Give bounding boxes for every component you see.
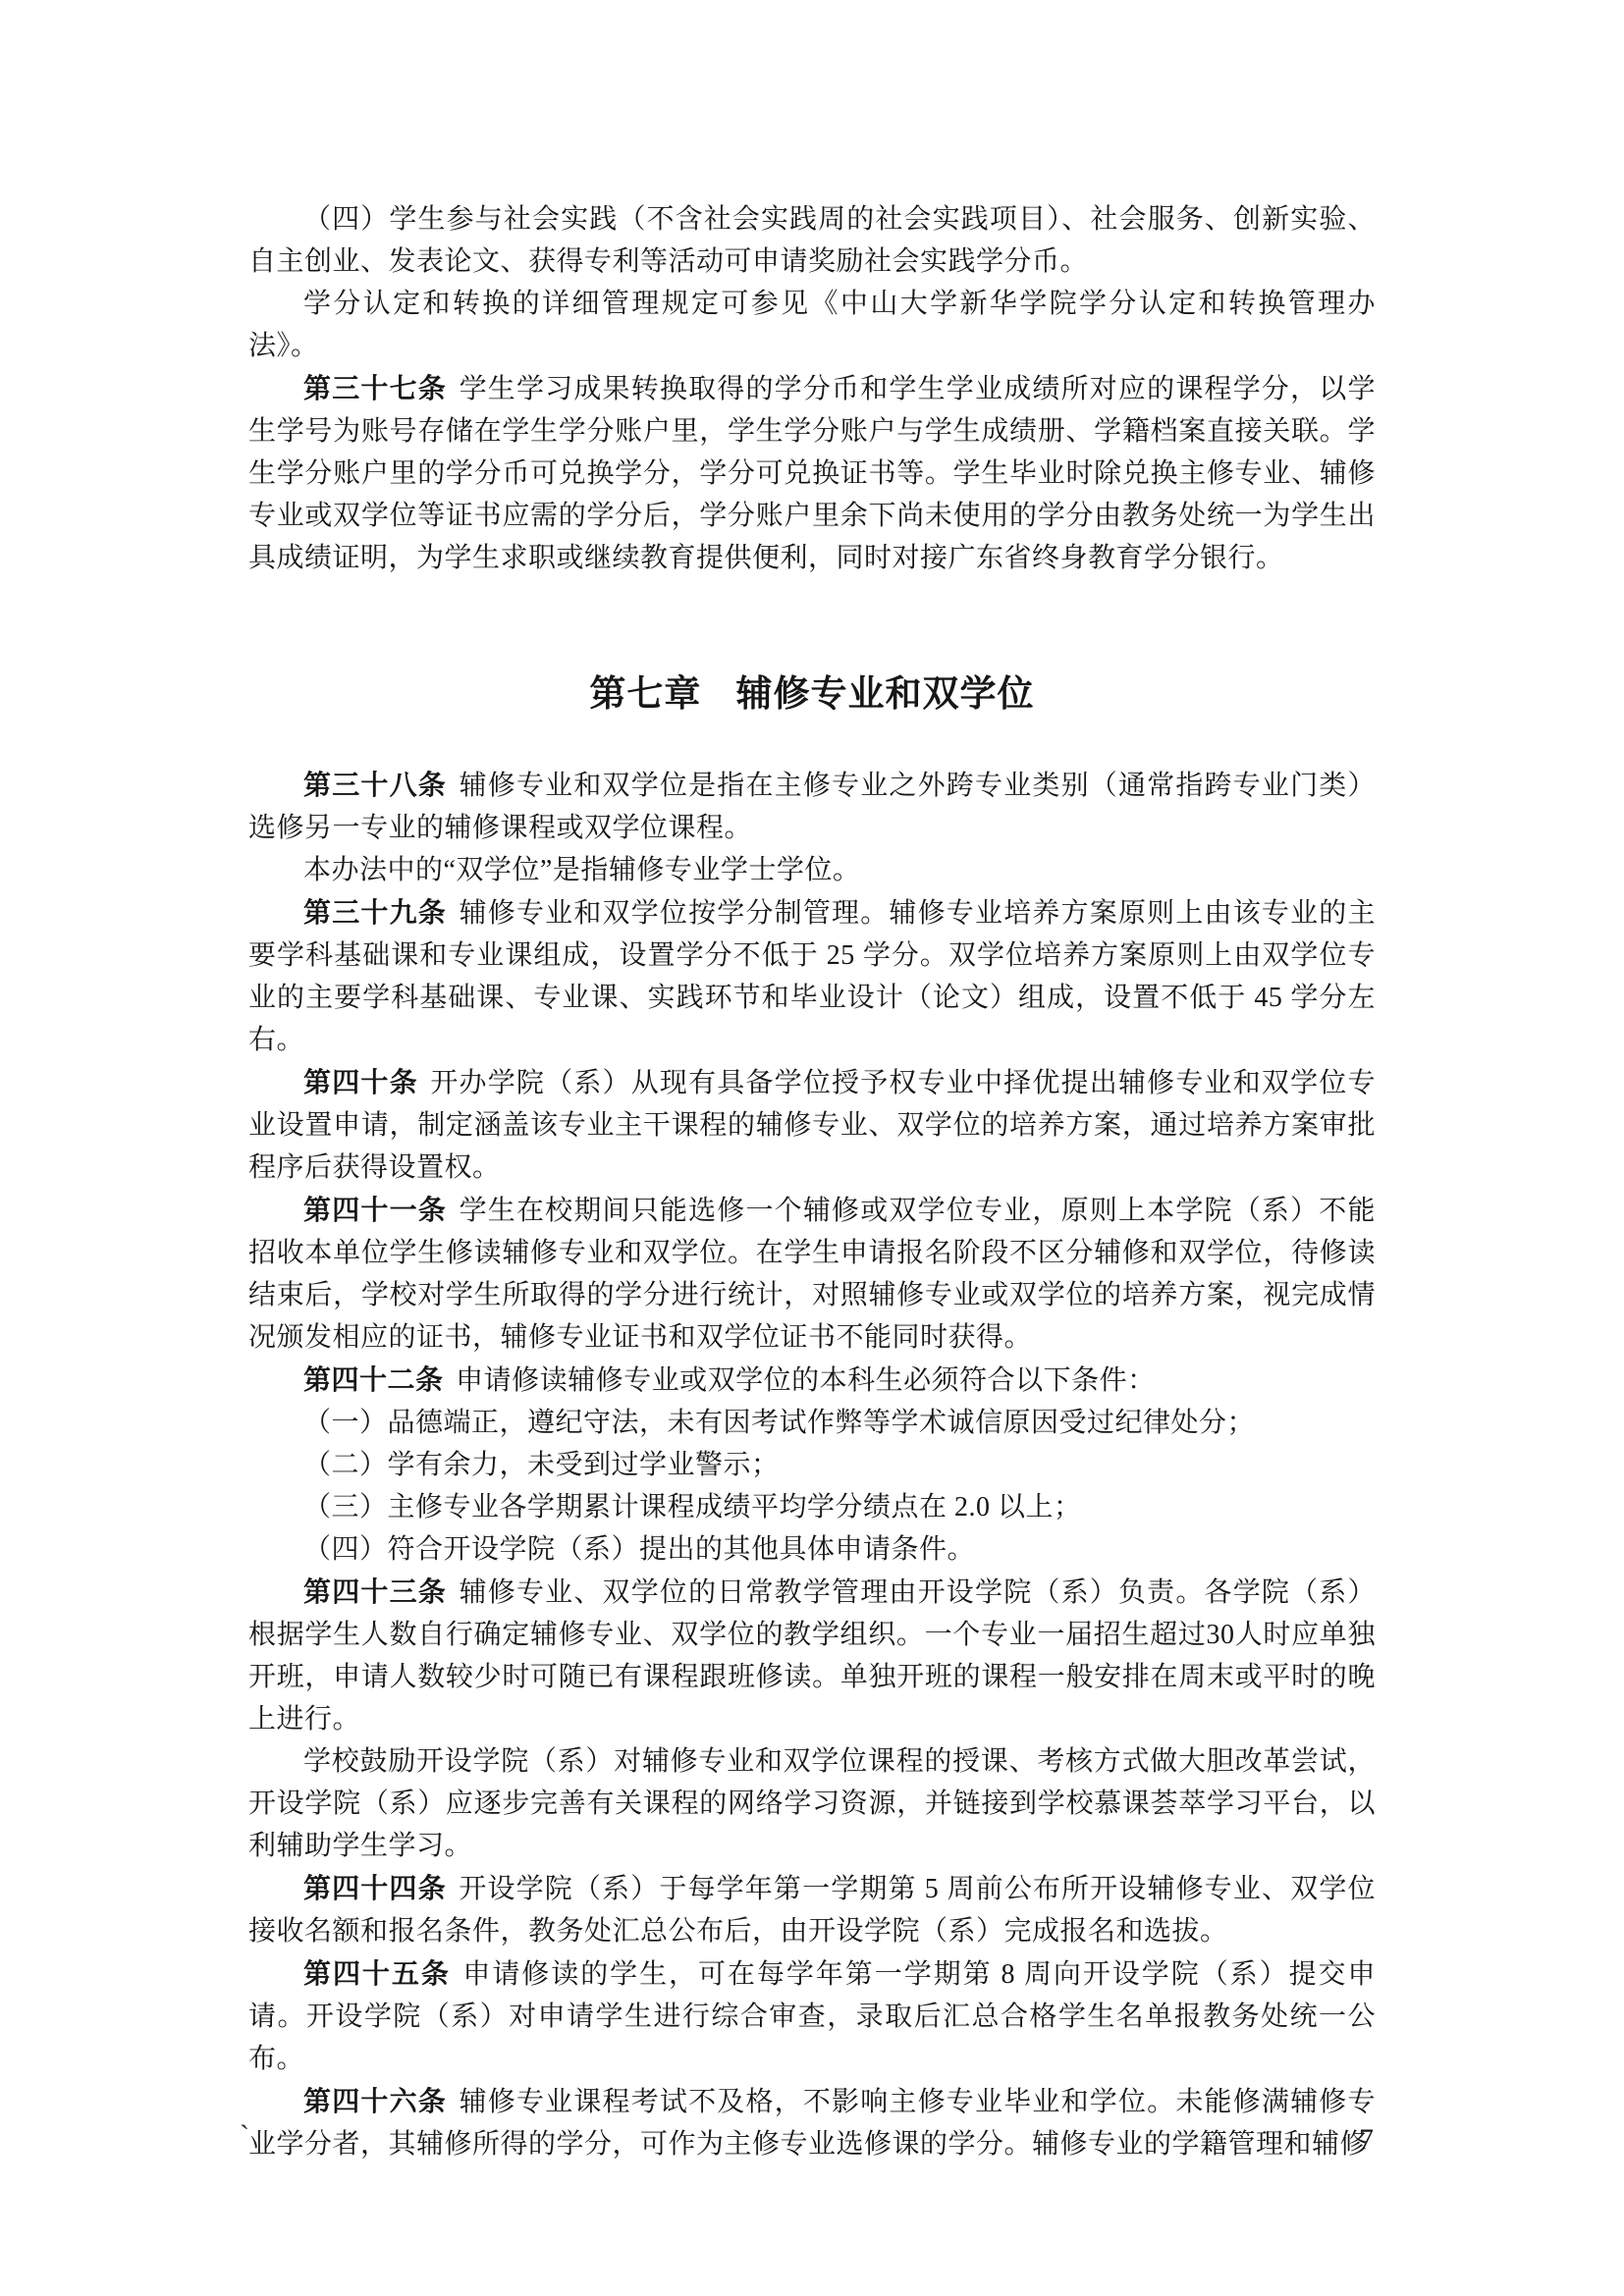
paragraph-article-42: 第四十二条申请修读辅修专业或双学位的本科生必须符合以下条件： (248, 1359, 1376, 1402)
paragraph-article-39: 第三十九条辅修专业和双学位按学分制管理。辅修专业培养方案原则上由该专业的主要学科… (248, 891, 1376, 1061)
paragraph-double-degree-definition: 本办法中的“双学位”是指辅修专业学士学位。 (248, 849, 1376, 891)
paragraph-article-44: 第四十四条开设学院（系）于每学年第一学期第 5 周前公布所开设辅修专业、双学位接… (248, 1867, 1376, 1952)
stray-scan-mark: ` (240, 2116, 249, 2156)
paragraph-condition-2: （二）学有余力，未受到过学业警示； (248, 1444, 1376, 1486)
paragraph-condition-3: （三）主修专业各学期累计课程成绩平均学分绩点在 2.0 以上； (248, 1486, 1376, 1528)
paragraph-condition-1: （一）品德端正，遵纪守法，未有因考试作弊等学术诚信原因受过纪律处分； (248, 1402, 1376, 1444)
paragraph-article-37: 第三十七条学生学习成果转换取得的学分币和学生学业成绩所对应的课程学分，以学生学号… (248, 367, 1376, 579)
article-number: 第三十七条 (303, 373, 447, 403)
paragraph-text: （四）符合开设学院（系）提出的其他具体申请条件。 (303, 1534, 975, 1565)
paragraph-text: 本办法中的“双学位”是指辅修专业学士学位。 (303, 855, 860, 885)
paragraph-article-43: 第四十三条辅修专业、双学位的日常教学管理由开设学院（系）负责。各学院（系）根据学… (248, 1571, 1376, 1740)
paragraph-condition-4: （四）符合开设学院（系）提出的其他具体申请条件。 (248, 1528, 1376, 1571)
article-number: 第四十四条 (303, 1873, 447, 1903)
paragraph-article-40: 第四十条开办学院（系）从现有具备学位授予权专业中择优提出辅修专业和双学位专业设置… (248, 1061, 1376, 1189)
paragraph-text: （三）主修专业各学期累计课程成绩平均学分绩点在 2.0 以上； (303, 1492, 1082, 1522)
paragraph-article-41: 第四十一条学生在校期间只能选修一个辅修或双学位专业，原则上本学院（系）不能招收本… (248, 1189, 1376, 1359)
chapter-heading: 第七章辅修专业和双学位 (248, 669, 1376, 719)
article-number: 第四十三条 (303, 1576, 447, 1607)
chapter-number: 第七章 (589, 673, 701, 714)
paragraph-teaching-reform: 学校鼓励开设学院（系）对辅修专业和双学位课程的授课、考核方式做大胆改革尝试，开设… (248, 1740, 1376, 1867)
article-number: 第四十条 (303, 1067, 418, 1097)
document-body: （四）学生参与社会实践（不含社会实践周的社会实践项目）、社会服务、创新实验、自主… (248, 198, 1376, 2165)
article-number: 第四十一条 (303, 1195, 447, 1225)
paragraph-article-46: 第四十六条辅修专业课程考试不及格，不影响主修专业毕业和学位。未能修满辅修专业学分… (248, 2080, 1376, 2165)
paragraph-article-38: 第三十八条辅修专业和双学位是指在主修专业之外跨专业类别（通常指跨专业门类）选修另… (248, 764, 1376, 849)
paragraph-credit-transfer-reference: 学分认定和转换的详细管理规定可参见《中山大学新华学院学分认定和转换管理办法》。 (248, 283, 1376, 367)
paragraph-text: 学生学习成果转换取得的学分币和学生学业成绩所对应的课程学分，以学生学号为账号存储… (248, 374, 1376, 573)
article-number: 第四十二条 (303, 1364, 444, 1395)
paragraph-text: 申请修读辅修专业或双学位的本科生必须符合以下条件： (456, 1365, 1156, 1396)
page-number: 7 (1359, 2120, 1374, 2160)
article-number: 第四十五条 (303, 1958, 451, 1989)
article-number: 第三十九条 (303, 897, 447, 928)
paragraph-item-4-social-practice: （四）学生参与社会实践（不含社会实践周的社会实践项目）、社会服务、创新实验、自主… (248, 198, 1376, 283)
paragraph-text: 学分认定和转换的详细管理规定可参见《中山大学新华学院学分认定和转换管理办法》。 (248, 289, 1376, 361)
paragraph-text: （四）学生参与社会实践（不含社会实践周的社会实践项目）、社会服务、创新实验、自主… (248, 204, 1376, 277)
paragraph-text: 学校鼓励开设学院（系）对辅修专业和双学位课程的授课、考核方式做大胆改革尝试，开设… (248, 1746, 1376, 1861)
paragraph-text: （一）品德端正，遵纪守法，未有因考试作弊等学术诚信原因受过纪律处分； (303, 1408, 1255, 1438)
article-number: 第四十六条 (303, 2086, 447, 2116)
article-number: 第三十八条 (303, 770, 447, 800)
chapter-title: 辅修专业和双学位 (736, 673, 1035, 714)
paragraph-article-45: 第四十五条申请修读的学生，可在每学年第一学期第 8 周向开设学院（系）提交申请。… (248, 1952, 1376, 2080)
document-page: （四）学生参与社会实践（不含社会实践周的社会实践项目）、社会服务、创新实验、自主… (0, 0, 1624, 2296)
paragraph-text: （二）学有余力，未受到过学业警示； (303, 1450, 780, 1480)
